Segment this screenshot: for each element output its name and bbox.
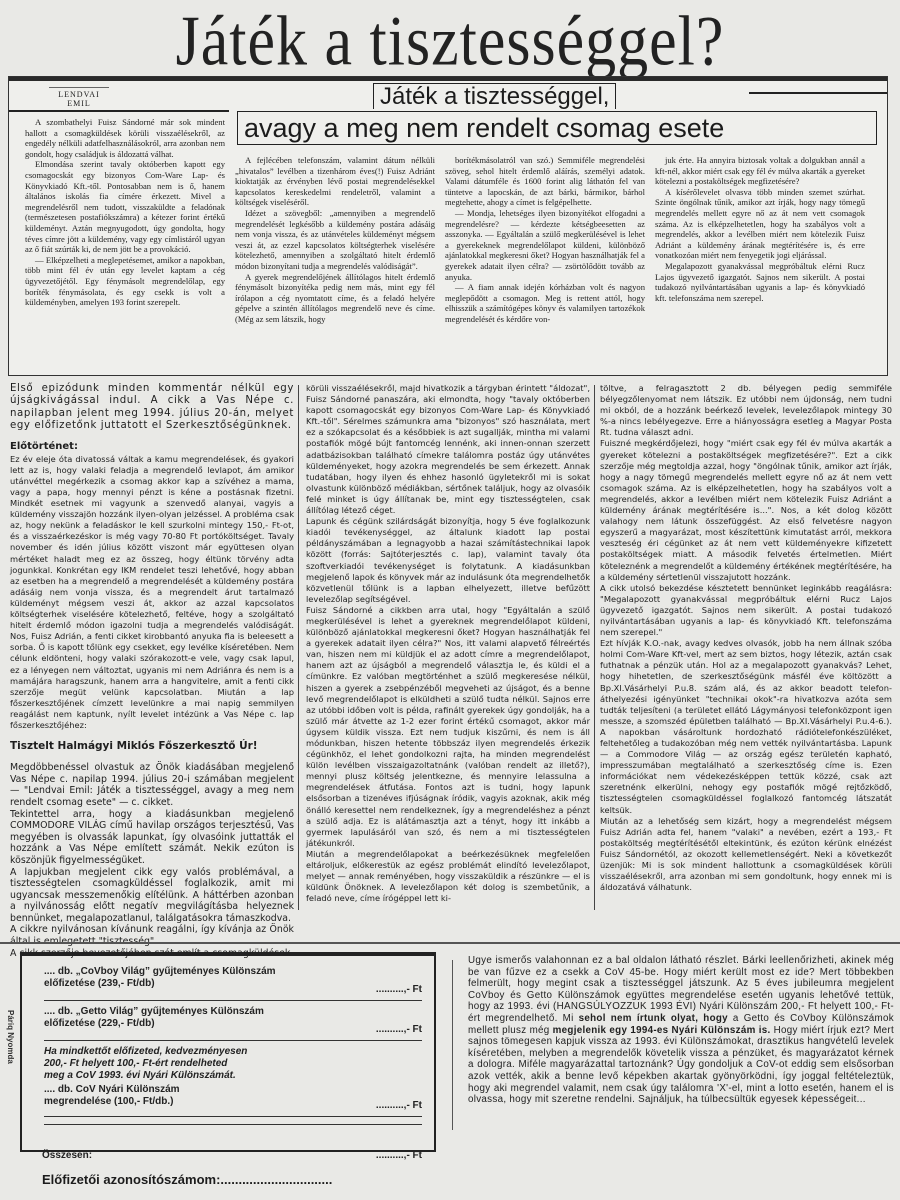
closing-paragraph: Hogy miért írjuk ezt? Mert sajnos tömege… [468,1025,894,1106]
total-label: Összesen: [42,1150,92,1161]
clipping-paragraph: juk érte. Ha annyira biztosak voltak a d… [655,155,865,187]
clipping-paragraph: borítékmásolatról van szó.) Semmiféle me… [445,155,645,208]
page-title: Játék a tisztességgel? [0,0,900,83]
letter-paragraph: Tekintettel arra, hogy a kiadásunkban me… [10,809,294,867]
clipping-column-1: A szombathelyi Fuisz Sándorné már sok mi… [25,117,225,308]
closing-text: Ugye ismerős valahonnan ez a bal oldalon… [468,955,894,1106]
intro-paragraph: Első epizódunk minden kommentár nélkül e… [10,383,294,433]
clipping-subtitle-line2: avagy a meg nem rendelt csomag esete [237,111,877,145]
clipping-paragraph: Megalapozott gyanakvással megpróbáltuk e… [655,261,865,303]
discount-offer: Ha mindkettőt előfizeted, kedvezményesen… [44,1046,422,1082]
body-paragraph: Miután a megrendelőlapokat a beérkezésük… [306,849,590,904]
order-item-getto[interactable]: .... db. „Getto Világ” gyűjteményes Külö… [44,1006,422,1036]
column-divider [594,385,595,910]
offer-text: Ha mindkettőt előfizeted, kedvezményesen [44,1046,422,1058]
section-divider [0,942,900,944]
offer-text: 200,- Ft helyett 100,- Ft-ért rendelhete… [44,1058,422,1070]
printer-credit: Páriq Nyomda [6,1010,15,1064]
middle-column: körüli visszaélésekről, majd hivatkozik … [306,383,590,904]
clipping-column-4: juk érte. Ha annyira biztosak voltak a d… [655,155,865,303]
order-item-label: .... db. „CoVboy Világ” gyűjteményes Kül… [44,966,422,978]
order-item-summer-special[interactable]: .... db. CoV Nyári Különszám megrendelés… [44,1084,422,1112]
order-form: .... db. „CoVboy Világ” gyűjteményes Kül… [20,952,436,1152]
subscriber-id-field[interactable]: Előfizetői azonosítószámom:.............… [42,1172,332,1187]
clipping-top-rule [9,77,887,81]
column-divider [298,385,299,910]
emphasis-text: megjelenik egy 1994-es Nyári Különszám i… [553,1025,771,1036]
clipping-paragraph: — A fiam annak idején kórházban volt és … [445,282,645,324]
form-divider [44,1040,422,1041]
emphasis-text: sehol nem írtunk olyat, hogy [579,1013,728,1024]
body-paragraph: töltve, a felragasztott 2 db. bélyegen p… [600,383,892,438]
newspaper-clipping: LENDVAI EMIL Játék a tisztességgel, avag… [8,76,888,376]
body-paragraph: körüli visszaélésekről, majd hivatkozik … [306,383,590,516]
clipping-paragraph: A fejlécében telefonszám, valamint dátum… [235,155,435,208]
history-paragraph: Ez év eleje óta divatossá váltak a kamu … [10,454,294,731]
form-divider [44,1116,422,1117]
clipping-paragraph: Idézet a szövegből: „amennyiben a megren… [235,208,435,272]
column-divider [452,960,453,1130]
order-item-price: előfizetése (229,- Ft/db) [44,1018,422,1030]
order-item-label: .... db. CoV Nyári Különszám [44,1084,422,1096]
clipping-column-2: A fejlécében telefonszám, valamint dátum… [235,155,435,325]
form-divider [44,1000,422,1001]
clipping-paragraph: — Elképzelheti a meglepetésemet, amikor … [25,255,225,308]
order-item-price: előfizetése (239,- Ft/db) [44,978,422,990]
letter-salutation: Tisztelt Halmágyi Miklós Főszerkesztő Úr… [10,741,294,752]
clipping-subtitle-line1: Játék a tisztességgel, [373,83,616,109]
amount-field[interactable]: ..........,- Ft [376,1100,422,1112]
left-column: Első epizódunk minden kommentár nélkül e… [10,383,294,959]
order-item-covboy[interactable]: .... db. „CoVboy Világ” gyűjteményes Kül… [44,966,422,996]
clipping-rule [749,92,888,94]
clipping-paragraph: A kísérőlevelet olvasva több minden szem… [655,187,865,261]
clipping-paragraph: A szombathelyi Fuisz Sándorné már sok mi… [25,117,225,159]
clipping-paragraph: — Mondja, lehetséges ilyen bizonyítékot … [445,208,645,282]
body-paragraph: Ezt hívják K.O.-nak, avagy kedves olvasó… [600,638,892,816]
clipping-rule [9,110,229,112]
byline: LENDVAI EMIL [49,87,109,111]
clipping-column-3: borítékmásolatról van szó.) Semmiféle me… [445,155,645,325]
clipping-paragraph: A gyerek megrendelőjének állítólagos hit… [235,272,435,325]
body-paragraph: Fuiszné megkérdőjelezi, hogy "miért csak… [600,438,892,582]
clipping-paragraph: Elmondása szerint tavaly októberben kapo… [25,159,225,254]
order-item-label: .... db. „Getto Világ” gyűjteményes Külö… [44,1006,422,1018]
form-divider [44,1124,422,1125]
body-paragraph: A cikk utolsó bekezdése késztetett bennü… [600,583,892,638]
body-paragraph: Lapunk és cégünk szilárdságát bizonyítja… [306,516,590,605]
letter-paragraph: A cikkre nyilvánosan kívánunk reagálni, … [10,924,294,947]
history-heading: Előtörténet: [10,441,294,452]
letter-paragraph: Megdöbbenéssel olvastuk az Önök kiadásáb… [10,762,294,808]
right-column: töltve, a felragasztott 2 db. bélyegen p… [600,383,892,893]
amount-field[interactable]: ..........,- Ft [376,984,422,996]
body-paragraph: Miután az a lehetőség sem kizárt, hogy a… [600,816,892,894]
total-amount-field[interactable]: ..........,- Ft [376,1150,422,1162]
amount-field[interactable]: ..........,- Ft [376,1024,422,1036]
letter-paragraph: A lapjukban megjelent cikk egy valós pro… [10,867,294,925]
order-total-row[interactable]: Összesen: ..........,- Ft [42,1150,422,1162]
offer-text: meg a CoV 1993. évi Nyári Különszámát. [44,1070,422,1082]
order-item-price: megrendelése (100,- Ft/db.) [44,1096,422,1108]
body-paragraph: Fuisz Sándorné a cikkben arra utal, hogy… [306,605,590,849]
